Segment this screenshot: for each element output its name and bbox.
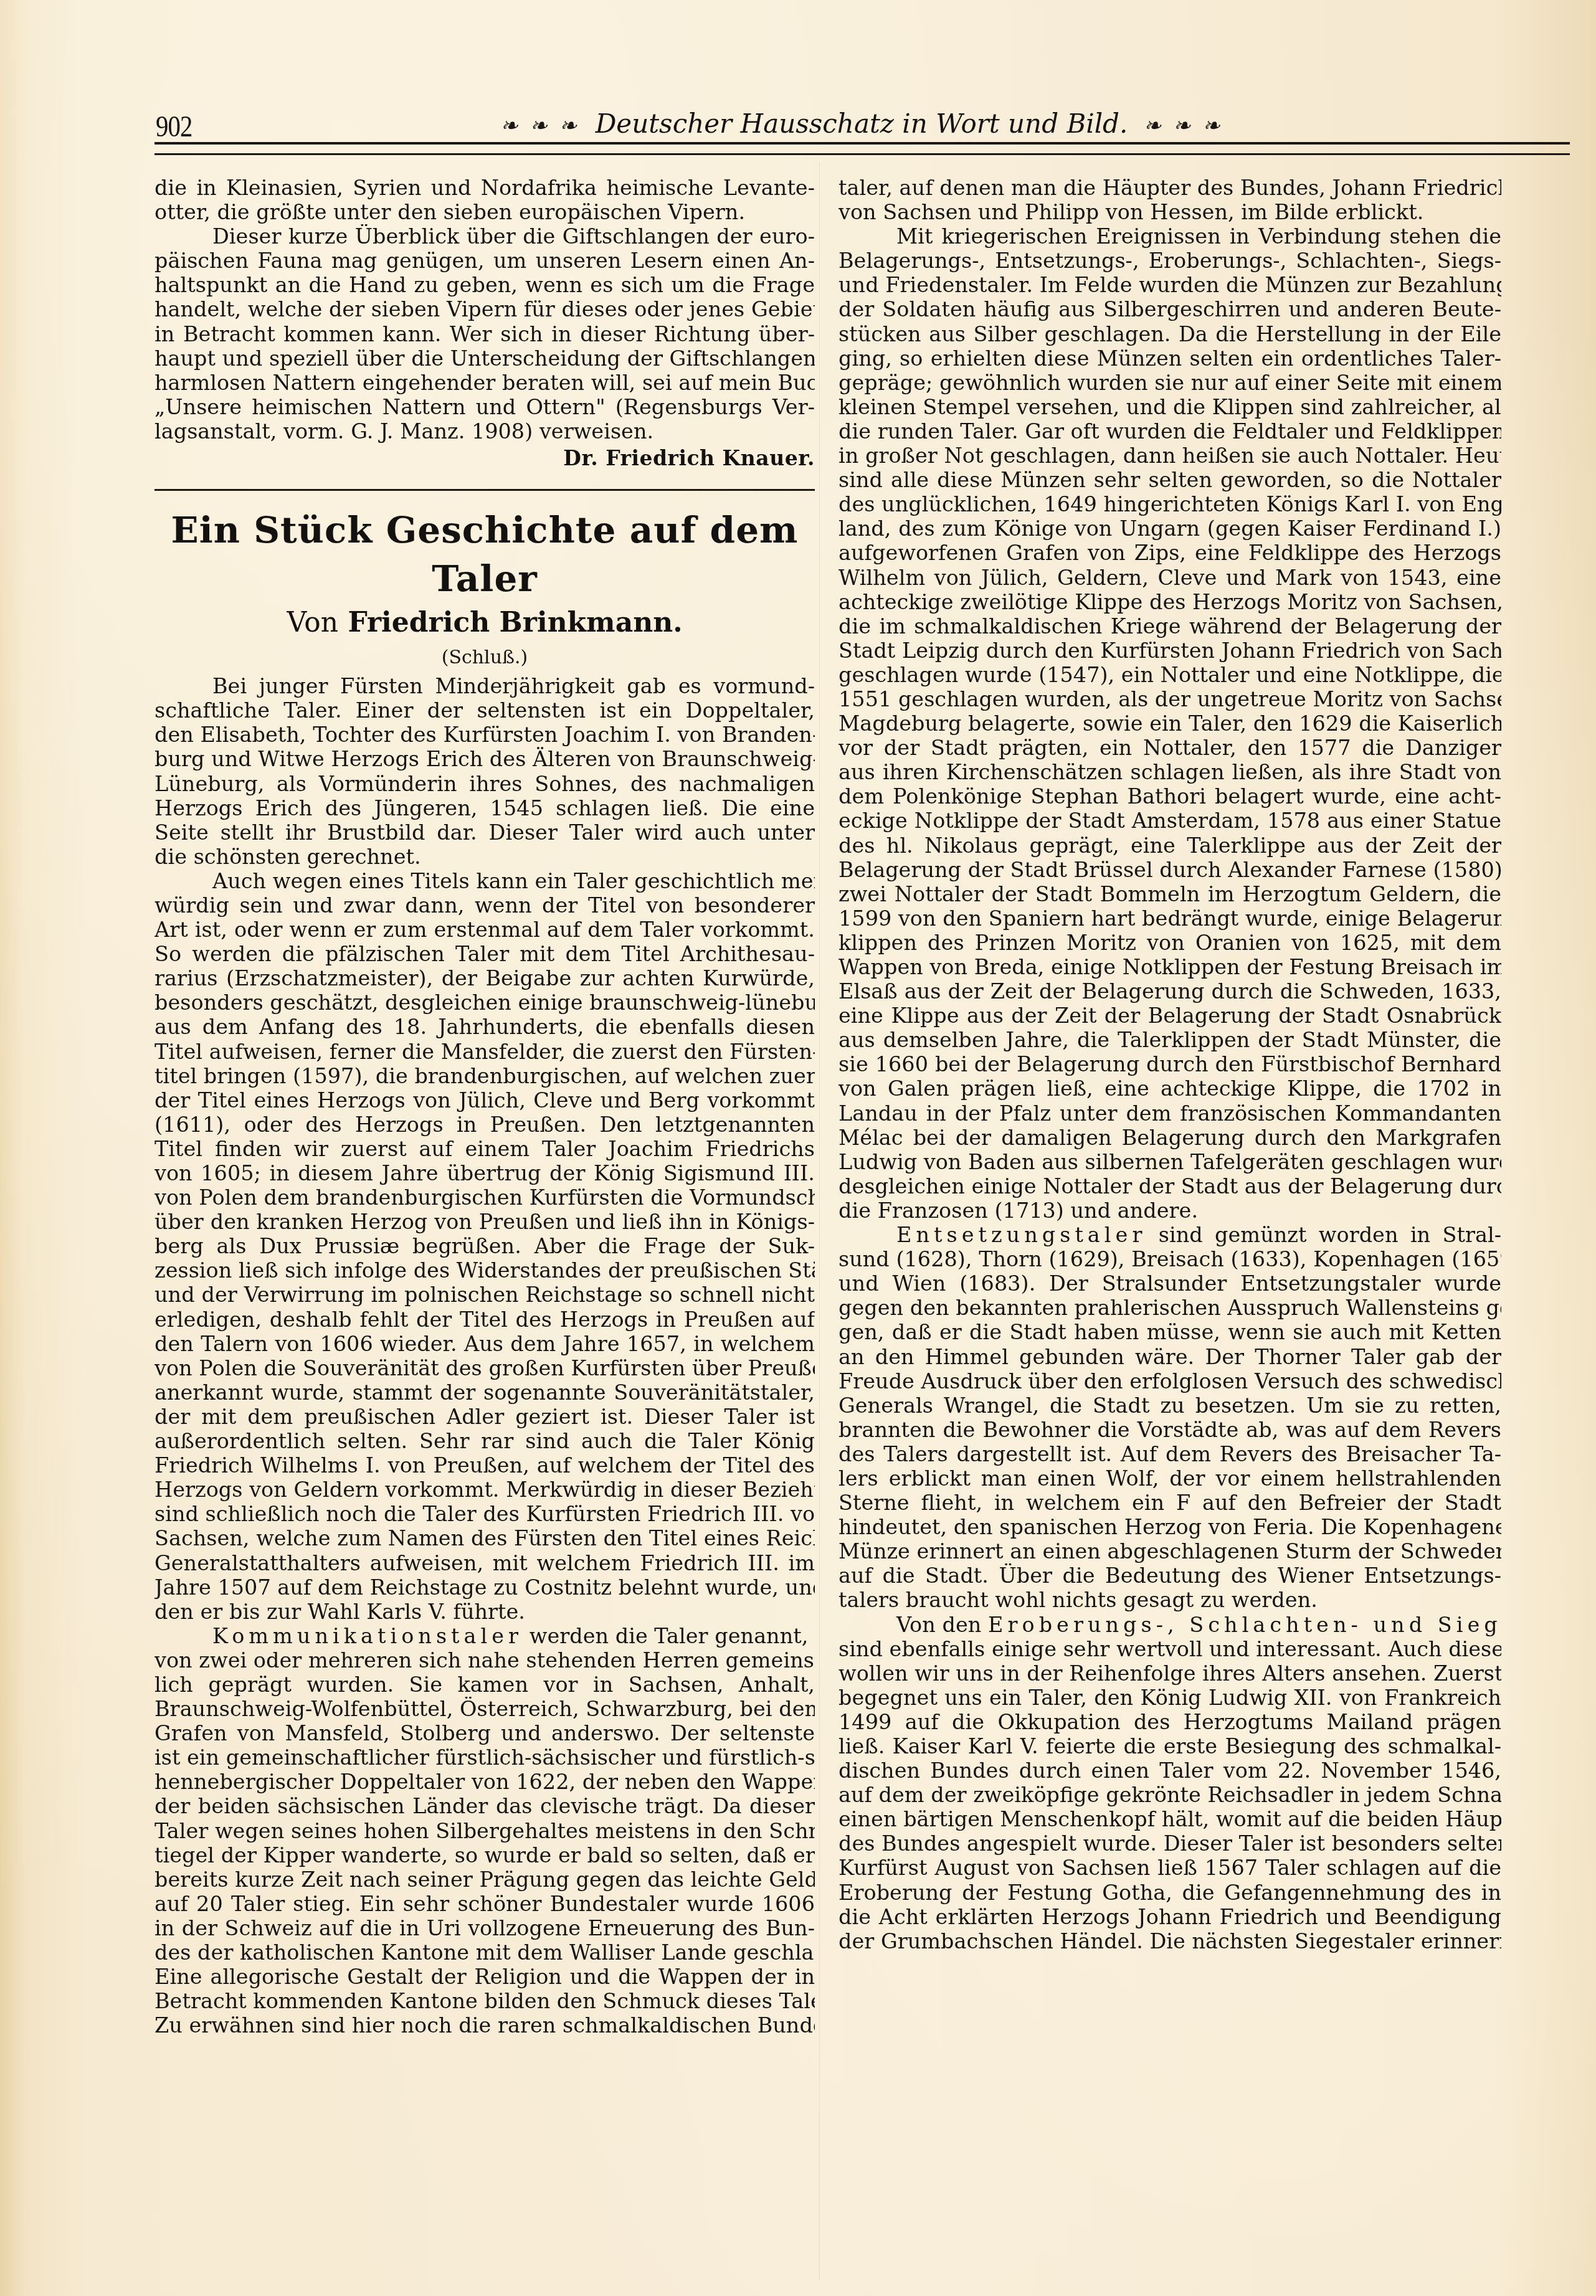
text-line: Titel finden wir zuerst auf einem Taler … — [154, 1137, 815, 1161]
text-line: sind alle diese Münzen sehr selten gewor… — [838, 468, 1501, 492]
text-line: burg und Witwe Herzogs Erich des Älteren… — [154, 747, 815, 771]
ornament-left-icon: ❧ ❧ ❧ — [500, 113, 579, 138]
text-line: die schönsten gerechnet. — [154, 845, 815, 869]
text-line: des unglücklichen, 1649 hingerichteten K… — [838, 492, 1501, 516]
text-line: aus dem Anfang des 18. Jahrhunderts, die… — [154, 1015, 815, 1039]
text-line: gen, daß er die Stadt haben müsse, wenn … — [838, 1320, 1501, 1344]
text-line: ging, so erhielten diese Münzen selten e… — [838, 346, 1501, 371]
text-line: Herzogs von Geldern vorkommt. Merkwürdig… — [154, 1478, 815, 1502]
text-line: würdig sein und zwar dann, wenn der Tite… — [154, 893, 815, 918]
emphasized-term: Entsetzungstaler — [896, 1223, 1146, 1247]
text-line: lich geprägt wurden. Sie kamen vor in Sa… — [154, 1672, 815, 1697]
text-line: brannten die Bewohner die Vorstädte ab, … — [838, 1418, 1501, 1442]
text-line: Magdeburg belagerte, sowie ein Taler, de… — [838, 711, 1501, 736]
text-line: auf 20 Taler stieg. Ein sehr schöner Bun… — [154, 1892, 815, 1916]
journal-title: Deutscher Hausschatz in Wort und Bild. — [596, 108, 1128, 139]
continuation-note: (Schluß.) — [154, 643, 815, 673]
text-line: rarius (Erzschatzmeister), der Beigabe z… — [154, 966, 815, 990]
right-column: taler, auf denen man die Häupter des Bun… — [838, 176, 1501, 1953]
text-line: kleinen Stempel versehen, und die Klippe… — [838, 395, 1501, 419]
text-line: berg als Dux Prussiæ begrüßen. Aber die … — [154, 1234, 815, 1258]
text-line: päischen Fauna mag genügen, um unseren L… — [154, 249, 815, 273]
author-signature: Dr. Friedrich Knauer. — [154, 446, 815, 470]
text-line: von zwei oder mehreren sich nahe stehend… — [154, 1648, 815, 1672]
text-line: ließ. Kaiser Karl V. feierte die erste B… — [838, 1734, 1501, 1758]
text-line: Stadt Leipzig durch den Kurfürsten Johan… — [838, 638, 1501, 663]
text-line: Belagerung der Stadt Brüssel durch Alexa… — [838, 858, 1501, 882]
text-line: Art ist, oder wenn er zum erstenmal auf … — [154, 918, 815, 942]
text-line: stücken aus Silber geschlagen. Da die He… — [838, 322, 1501, 346]
text-line: eine Klippe aus der Zeit der Belagerung … — [838, 1003, 1501, 1028]
text-line: Braunschweig-Wolfenbüttel, Österreich, S… — [154, 1697, 815, 1721]
text-line: einen bärtigen Menschenkopf hält, womit … — [838, 1807, 1501, 1831]
text-line: aus demselben Jahre, die Talerklippen de… — [838, 1028, 1501, 1052]
text-line: in großer Not geschlagen, dann heißen si… — [838, 444, 1501, 468]
text-line: von Polen dem brandenburgischen Kurfürst… — [154, 1185, 815, 1210]
text-line: der Titel eines Herzogs von Jülich, Clev… — [154, 1088, 815, 1112]
text-line: Seite stellt ihr Brustbild dar. Dieser T… — [154, 820, 815, 845]
text-line: dischen Bundes durch einen Taler vom 22.… — [838, 1758, 1501, 1783]
text-line: den Elisabeth, Tochter des Kurfürsten Jo… — [154, 723, 815, 747]
article-title: Ein Stück Geschichte auf dem Taler — [154, 506, 815, 603]
text-line: den er bis zur Wahl Karls V. führte. — [154, 1600, 815, 1624]
text-line: Landau in der Pfalz unter dem französisc… — [838, 1101, 1501, 1126]
text-line: aufgeworfenen Grafen von Zips, eine Feld… — [838, 541, 1501, 565]
text-line: von 1605; in diesem Jahre übertrug der K… — [154, 1161, 815, 1185]
text-line: handelt, welche der sieben Vipern für di… — [154, 297, 815, 321]
text-line: Kommunikationstaler werden die Taler gen… — [154, 1624, 815, 1648]
text-line: (1611), oder des Herzogs in Preußen. Den… — [154, 1112, 815, 1137]
text-line: der Soldaten häufig aus Silbergeschirren… — [838, 297, 1501, 321]
text-line: von Polen die Souveränität des großen Ku… — [154, 1356, 815, 1380]
text-line: harmlosen Nattern eingehender beraten wi… — [154, 371, 815, 395]
text-line: 1551 geschlagen wurden, als der ungetreu… — [838, 687, 1501, 711]
article-byline: Von Friedrich Brinkmann. — [154, 603, 815, 643]
text-line: gegen den bekannten prahlerischen Ausspr… — [838, 1296, 1501, 1320]
text-line: sund (1628), Thorn (1629), Breisach (163… — [838, 1247, 1501, 1271]
text-line: und Wien (1683). Der Stralsunder Entsetz… — [838, 1271, 1501, 1296]
emphasized-term: Kommunikationstaler — [212, 1624, 523, 1648]
text-line: die in Kleinasien, Syrien und Nordafrika… — [154, 176, 815, 200]
paragraph: Entsetzungstaler sind gemünzt worden in … — [838, 1223, 1501, 1613]
text-line: dem Polenkönige Stephan Bathori belagert… — [838, 784, 1501, 809]
text-line: Wappen von Breda, einige Notklippen der … — [838, 955, 1501, 979]
text-line: taler, auf denen man die Häupter des Bun… — [838, 176, 1501, 200]
section-divider — [154, 489, 815, 491]
text-line: Dieser kurze Überblick über die Giftschl… — [154, 224, 815, 249]
text-line: begegnet uns ein Taler, den König Ludwig… — [838, 1686, 1501, 1710]
text-fragment: Von den — [896, 1613, 988, 1637]
text-line: geschlagen wurde (1547), ein Nottaler un… — [838, 663, 1501, 687]
text-line: und der Verwirrung im polnischen Reichst… — [154, 1283, 815, 1307]
text-line: desgleichen einige Nottaler der Stadt au… — [838, 1174, 1501, 1198]
text-line: Eine allegorische Gestalt der Religion u… — [154, 1965, 815, 1989]
text-line: haupt und speziell über die Unterscheidu… — [154, 346, 815, 371]
text-line: von Galen prägen ließ, eine achteckige K… — [838, 1076, 1501, 1101]
text-line: bereits kurze Zeit nach seiner Prägung g… — [154, 1867, 815, 1892]
paragraph: taler, auf denen man die Häupter des Bun… — [838, 176, 1501, 224]
text-line: Bei junger Fürsten Minderjährigkeit gab … — [154, 674, 815, 698]
text-line: Mit kriegerischen Ereignissen in Verbind… — [838, 224, 1501, 249]
text-line: „Unsere heimischen Nattern und Ottern" (… — [154, 395, 815, 419]
text-line: Ludwig von Baden aus silbernen Tafelgerä… — [838, 1150, 1501, 1174]
byline-prefix: Von — [287, 607, 339, 638]
header-double-rule — [154, 142, 1570, 155]
text-line: otter, die größte unter den sieben europ… — [154, 200, 815, 224]
text-line: an den Himmel gebunden wäre. Der Thorner… — [838, 1345, 1501, 1369]
text-line: eckige Notklippe der Stadt Amsterdam, 15… — [838, 809, 1501, 833]
text-line: So werden die pfälzischen Taler mit dem … — [154, 942, 815, 966]
text-line: haltspunkt an die Hand zu geben, wenn es… — [154, 273, 815, 297]
text-line: Mélac bei der damaligen Belagerung durch… — [838, 1126, 1501, 1150]
text-line: des Bundes angespielt wurde. Dieser Tale… — [838, 1831, 1501, 1856]
text-line: Belagerungs-, Entsetzungs-, Eroberungs-,… — [838, 249, 1501, 273]
paragraph: die in Kleinasien, Syrien und Nordafrika… — [154, 176, 815, 224]
text-line: sie 1660 bei der Belagerung durch den Fü… — [838, 1052, 1501, 1076]
text-line: der beiden sächsischen Länder das clevis… — [154, 1794, 815, 1818]
journal-title-bar: ❧ ❧ ❧ Deutscher Hausschatz in Wort und B… — [154, 108, 1569, 139]
text-line: Auch wegen eines Titels kann ein Taler g… — [154, 869, 815, 893]
text-line: ist ein gemeinschaftlicher fürstlich-säc… — [154, 1745, 815, 1770]
text-line: in Betracht kommen kann. Wer sich in die… — [154, 322, 815, 346]
text-line: Von den Eroberungs-, Schlachten- und Sie… — [838, 1613, 1501, 1637]
text-line: die runden Taler. Gar oft wurden die Fel… — [838, 419, 1501, 444]
text-line: über den kranken Herzog von Preußen und … — [154, 1210, 815, 1234]
ornament-right-icon: ❧ ❧ ❧ — [1144, 113, 1223, 138]
text-line: Betracht kommenden Kantone bilden den Sc… — [154, 1989, 815, 2013]
text-line: tiegel der Kipper wanderte, so wurde er … — [154, 1843, 815, 1867]
previous-article-ending: die in Kleinasien, Syrien und Nordafrika… — [154, 176, 815, 470]
text-line: Grafen von Mansfeld, Stolberg und anders… — [154, 1721, 815, 1745]
text-line: des Talers dargestellt ist. Auf dem Reve… — [838, 1442, 1501, 1466]
paragraph: Bei junger Fürsten Minderjährigkeit gab … — [154, 674, 815, 869]
text-line: sind schließlich noch die Taler des Kurf… — [154, 1502, 815, 1526]
text-line: und Friedenstaler. Im Felde wurden die M… — [838, 273, 1501, 297]
text-fragment: sind gemünzt worden in Stral- — [1146, 1223, 1501, 1247]
text-line: Wilhelm von Jülich, Geldern, Cleve und M… — [838, 566, 1501, 590]
text-line: Entsetzungstaler sind gemünzt worden in … — [838, 1223, 1501, 1247]
text-line: Elsaß aus der Zeit der Belagerung durch … — [838, 979, 1501, 1003]
text-line: Kurfürst August von Sachsen ließ 1567 Ta… — [838, 1856, 1501, 1880]
text-line: 1499 auf die Okkupation des Herzogtums M… — [838, 1710, 1501, 1734]
paper-fold-line — [819, 162, 820, 2280]
text-line: land, des zum Könige von Ungarn (gegen K… — [838, 516, 1501, 541]
text-line: 1599 von den Spaniern hart bedrängt wurd… — [838, 906, 1501, 931]
text-fragment: werden die Taler genannt, die — [523, 1624, 815, 1648]
text-line: Titel aufweisen, ferner die Mansfelder, … — [154, 1040, 815, 1064]
emphasized-term: Eroberungs-, Schlachten- und Siegestaler… — [988, 1613, 1501, 1637]
text-line: Zu erwähnen sind hier noch die raren sch… — [154, 2013, 815, 2037]
text-line: die Acht erklärten Herzogs Johann Friedr… — [838, 1905, 1501, 1929]
text-line: Lüneburg, als Vormünderin ihres Sohnes, … — [154, 772, 815, 796]
paragraph: Kommunikationstaler werden die Taler gen… — [154, 1624, 815, 2038]
text-line: Herzogs Erich des Jüngeren, 1545 schlage… — [154, 796, 815, 820]
text-line: der mit dem preußischen Adler geziert is… — [154, 1405, 815, 1429]
text-line: Eroberung der Festung Gotha, die Gefange… — [838, 1881, 1501, 1905]
text-line: Sachsen, welche zum Namen des Fürsten de… — [154, 1526, 815, 1550]
text-line: schaftliche Taler. Einer der seltensten … — [154, 698, 815, 723]
text-line: talers braucht wohl nichts gesagt zu wer… — [838, 1588, 1501, 1612]
text-line: titel bringen (1597), die brandenburgisc… — [154, 1064, 815, 1088]
text-line: hennebergischer Doppeltaler von 1622, de… — [154, 1770, 815, 1794]
text-line: lagsanstalt, vorm. G. J. Manz. 1908) ver… — [154, 419, 815, 444]
text-line: Freude Ausdruck über den erfolglosen Ver… — [838, 1369, 1501, 1393]
text-line: Sterne flieht, in welchem ein F auf den … — [838, 1491, 1501, 1515]
paragraph: Mit kriegerischen Ereignissen in Verbind… — [838, 224, 1501, 1223]
text-line: sind ebenfalls einige sehr wertvoll und … — [838, 1637, 1501, 1661]
newspaper-page: 902 ❧ ❧ ❧ Deutscher Hausschatz in Wort u… — [0, 0, 1596, 2296]
text-line: anerkannt wurde, stammt der sogenannte S… — [154, 1380, 815, 1405]
author-name: Friedrich Brinkmann. — [348, 607, 682, 638]
text-line: des hl. Nikolaus geprägt, eine Talerklip… — [838, 833, 1501, 858]
article-header: Ein Stück Geschichte auf dem Taler Von F… — [154, 506, 815, 673]
text-line: Friedrich Wilhelms I. von Preußen, auf w… — [154, 1453, 815, 1478]
text-line: wollen wir uns in der Reihenfolge ihres … — [838, 1661, 1501, 1686]
text-line: Generalstatthalters aufweisen, mit welch… — [154, 1551, 815, 1575]
text-line: erledigen, deshalb fehlt der Titel des H… — [154, 1307, 815, 1332]
paragraph: Dieser kurze Überblick über die Giftschl… — [154, 224, 815, 444]
text-line: die im schmalkaldischen Kriege während d… — [838, 614, 1501, 638]
text-line: außerordentlich selten. Sehr rar sind au… — [154, 1429, 815, 1453]
text-line: den Talern von 1606 wieder. Aus dem Jahr… — [154, 1332, 815, 1356]
text-line: aus ihren Kirchenschätzen schlagen ließe… — [838, 760, 1501, 784]
paragraph: Auch wegen eines Titels kann ein Taler g… — [154, 869, 815, 1624]
text-line: zession ließ sich infolge des Widerstand… — [154, 1258, 815, 1283]
text-line: klippen des Prinzen Moritz von Oranien v… — [838, 931, 1501, 955]
text-line: Generals Wrangel, die Stadt zu besetzen.… — [838, 1393, 1501, 1418]
text-line: besonders geschätzt, desgleichen einige … — [154, 990, 815, 1015]
text-line: des der katholischen Kantone mit dem Wal… — [154, 1940, 815, 1965]
text-line: von Sachsen und Philipp von Hessen, im B… — [838, 200, 1501, 224]
text-line: auf die Stadt. Über die Bedeutung des Wi… — [838, 1563, 1501, 1588]
text-line: die Franzosen (1713) und andere. — [838, 1198, 1501, 1223]
text-line: Münze erinnert an einen abgeschlagenen S… — [838, 1539, 1501, 1563]
text-line: der Grumbachschen Händel. Die nächsten S… — [838, 1929, 1501, 1953]
text-line: auf dem der zweiköpfige gekrönte Reichsa… — [838, 1783, 1501, 1807]
left-column: die in Kleinasien, Syrien und Nordafrika… — [154, 176, 815, 2037]
text-line: in der Schweiz auf die in Uri vollzogene… — [154, 1916, 815, 1940]
paragraph: Von den Eroberungs-, Schlachten- und Sie… — [838, 1613, 1501, 1953]
text-line: zwei Nottaler der Stadt Bommeln im Herzo… — [838, 882, 1501, 906]
text-line: Jahre 1507 auf dem Reichstage zu Costnit… — [154, 1575, 815, 1600]
text-line: gepräge; gewöhnlich wurden sie nur auf e… — [838, 371, 1501, 395]
text-line: hindeutet, den spanischen Herzog von Fer… — [838, 1515, 1501, 1539]
text-line: Taler wegen seines hohen Silbergehaltes … — [154, 1819, 815, 1843]
text-line: vor der Stadt prägten, ein Nottaler, den… — [838, 736, 1501, 760]
text-line: lers erblickt man einen Wolf, der vor ei… — [838, 1466, 1501, 1491]
text-line: achteckige zweilötige Klippe des Herzogs… — [838, 590, 1501, 614]
